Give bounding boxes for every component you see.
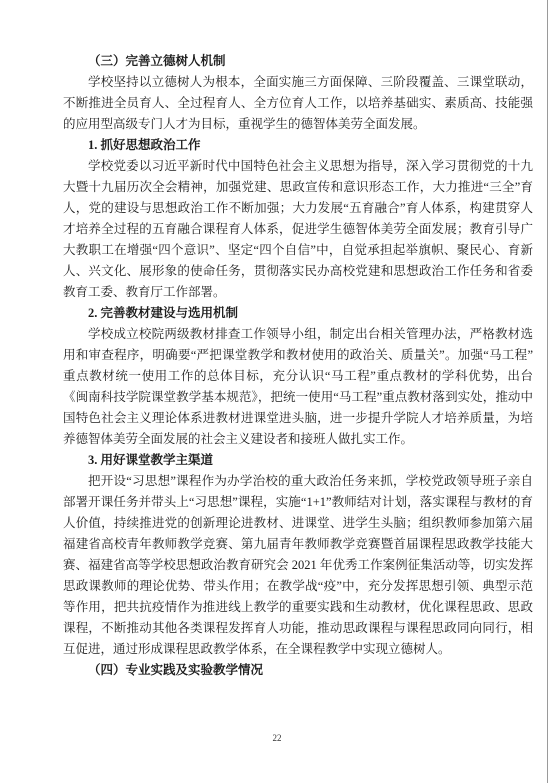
document-page: （三）完善立德树人机制 学校坚持以立德树人为根本，全面实施三方面保障、三阶段覆盖… bbox=[0, 0, 554, 783]
section-heading-4: （四）专业实践及实验教学情况 bbox=[63, 660, 533, 681]
document-text-block: （三）完善立德树人机制 学校坚持以立德树人为根本，全面实施三方面保障、三阶段覆盖… bbox=[63, 51, 533, 681]
subsection-heading-1: 1. 抓好思想政治工作 bbox=[63, 135, 533, 156]
paragraph-textbook: 学校成立校院两级教材排查工作领导小组，制定出台相关管理办法，严格教材选用和审查程… bbox=[63, 324, 533, 450]
subsection-heading-3: 3. 用好课堂教学主渠道 bbox=[63, 450, 533, 471]
section-heading-3: （三）完善立德树人机制 bbox=[63, 51, 533, 72]
document-viewport: { "page": { "number": "22", "sections": … bbox=[0, 0, 554, 783]
paragraph-ideology-work: 学校党委以习近平新时代中国特色社会主义思想为指导，深入学习贯彻党的十九大暨十九届… bbox=[63, 156, 533, 303]
page-edge-divider bbox=[547, 0, 548, 783]
paragraph-overview: 学校坚持以立德树人为根本，全面实施三方面保障、三阶段覆盖、三课堂联动，不断推进全… bbox=[63, 72, 533, 135]
page-number: 22 bbox=[0, 733, 554, 744]
subsection-heading-2: 2. 完善教材建设与选用机制 bbox=[63, 303, 533, 324]
paragraph-classroom: 把开设“习思想”课程作为办学治校的重大政治任务来抓，学校党政领导班子亲自部署开课… bbox=[63, 471, 533, 660]
